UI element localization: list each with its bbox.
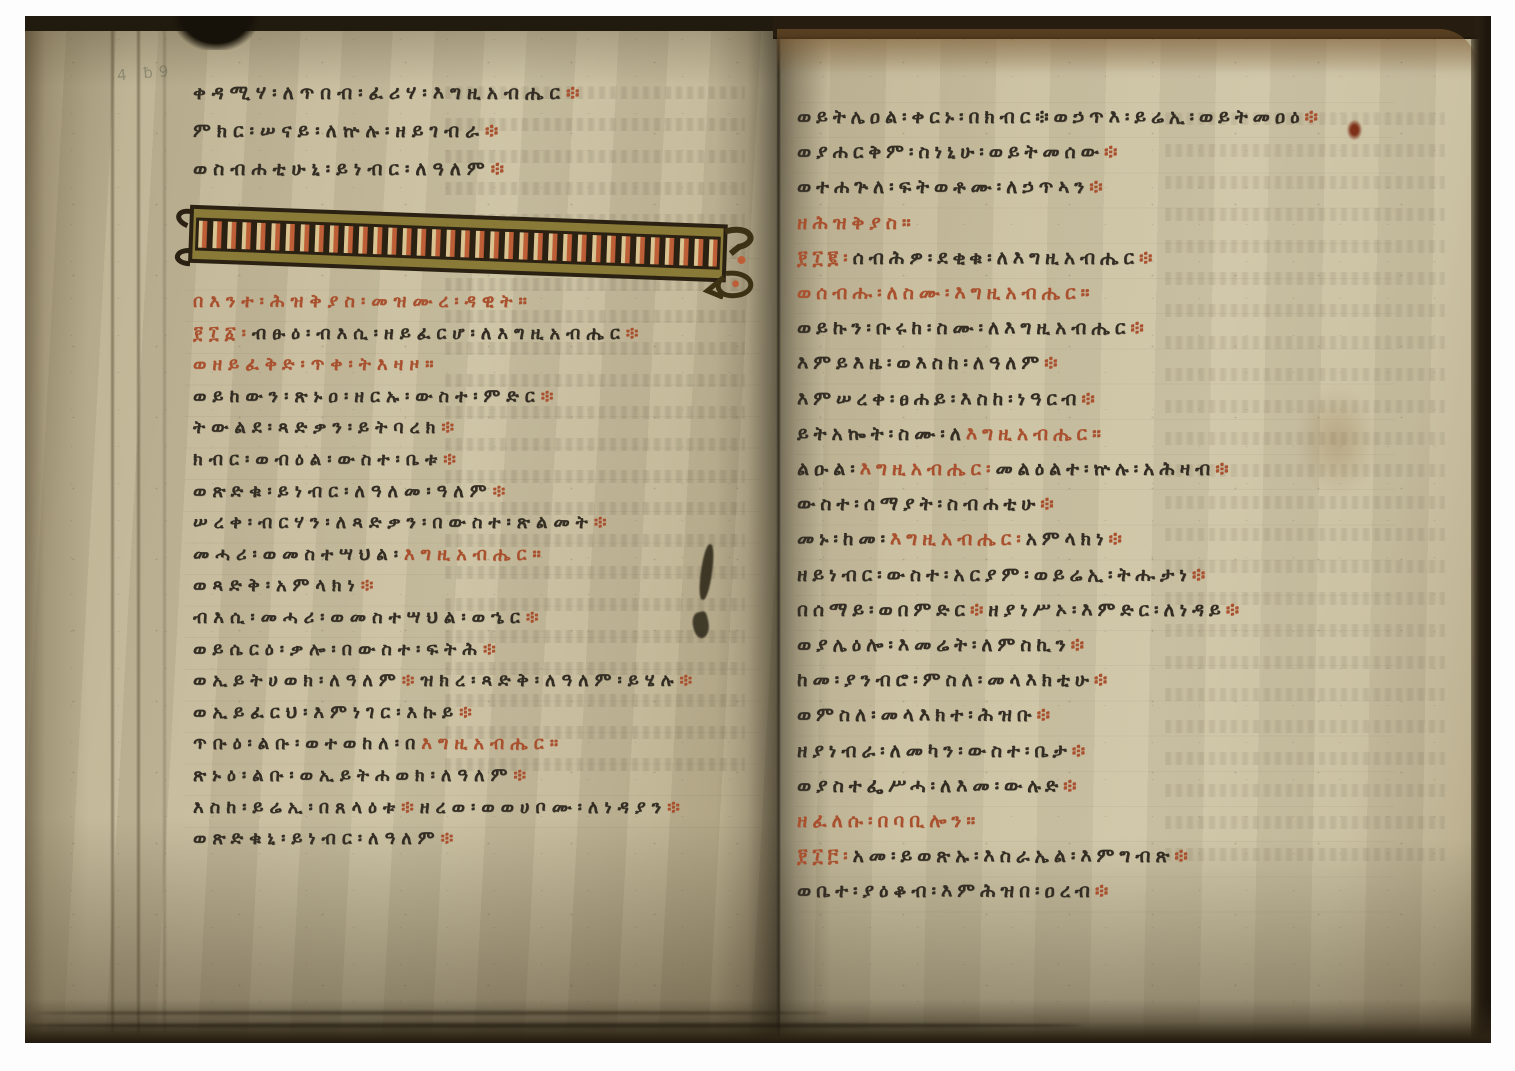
text-segment: ወያሌዕሎ፡እመሬት፡ለምስኪን xyxy=(797,634,1071,656)
manuscript-line: ወያሌዕሎ፡እመሬት፡ለምስኪን፨ xyxy=(797,628,1437,663)
text-segment: ወኢይፈርህ፡እምነገር፡እኩይ xyxy=(193,702,459,723)
text-segment: ወስብሐቲሁኒ፡ይነብር፡ለዓለም xyxy=(193,158,491,180)
rubric-segment: ፨ xyxy=(1304,106,1322,128)
rubric-segment: ፨ xyxy=(493,481,512,502)
text-segment: ዘያነሥኦ፡እምድር፡ለነዳይ xyxy=(988,599,1225,621)
manuscript-line: መኑ፡ከመ፡እግዚአብሔር፡አምላክነ፨ xyxy=(797,522,1437,557)
manuscript-line: ፻፲፩፡ብፁዕ፡ብእሲ፡ዘይፈርሆ፡ለእግዚአብሔር፨ xyxy=(193,318,783,350)
rubric-segment: ፻፲፪፡ xyxy=(797,247,853,269)
parchment-stain xyxy=(1297,386,1377,496)
text-segment: ወኢይትሀወክ፡ለዓለም xyxy=(193,670,402,691)
text-segment: ምክር፡ሠናይ፡ለኵሉ፡ዘይገብራ xyxy=(193,120,485,142)
manuscript-line: ወጽድቁ፡ይነብር፡ለዓለመ፡ዓለም፨ xyxy=(193,476,783,508)
rubric-segment: ፨ xyxy=(1104,141,1122,163)
manuscript-line: ክብር፡ወብዕል፡ውስተ፡ቤቱ፨ xyxy=(193,444,783,476)
rubric-segment: ወዘይፈቅድ፡ጥቀ፡ትእዛዞ። xyxy=(193,354,440,375)
rubric-segment: ፨ xyxy=(626,323,645,344)
text-segment: ዘይነብር፡ውስተ፡አርያም፡ወይሬኢ፡ትሑታነ xyxy=(797,564,1192,586)
manuscript-line: መሓሪ፡ወመስተሣህል፡እግዚአብሔር። xyxy=(193,539,783,571)
manuscript-line: ዘያነብራ፡ለመካን፡ውስተ፡ቤታ፨ xyxy=(797,734,1437,769)
rubric-segment: እግዚአብሔር፡ xyxy=(890,528,1026,550)
manuscript-line: ሠረቀ፡ብርሃን፡ለጻድቃን፡በውስተ፡ጽልመት፨ xyxy=(193,507,783,539)
text-segment: ሠረቀ፡ብርሃን፡ለጻድቃን፡በውስተ፡ጽልመት xyxy=(193,512,594,533)
manuscript-line: ዘፈለሱ፡በባቢሎን። xyxy=(797,804,1437,839)
text-segment: ይትአኰት፡ስሙ፡ለ xyxy=(797,423,966,445)
text-segment: ብፁዕ፡ብእሲ፡ዘይፈርሆ፡ለእግዚአብሔር xyxy=(252,323,626,344)
rubric-segment: ፨ xyxy=(1094,669,1112,691)
text-segment: ዘረወ፡ወወሀቦሙ፡ለነዳያን xyxy=(420,797,667,818)
rubric-segment: ፨ xyxy=(566,82,585,104)
text-segment: መልዕልተ፡ኵሉ፡አሕዛብ xyxy=(996,458,1216,480)
left-page-text-top: ቀዳሚሃ፡ለጥበብ፡ፈሪሃ፡እግዚአብሔር፨ምክር፡ሠናይ፡ለኵሉ፡ዘይገብራ፨… xyxy=(193,74,783,188)
text-segment: ሰብሕዎ፡ደቂቁ፡ለእግዚአብሔር xyxy=(853,247,1139,269)
manuscript-line: እምይእዜ፡ወእስከ፡ለዓለም፨ xyxy=(797,346,1437,381)
manuscript-line: ጥቡዕ፡ልቡ፡ወተወከለ፡በእግዚአብሔር። xyxy=(193,728,783,760)
rubric-segment: ዘሕዝቅያስ። xyxy=(797,212,916,234)
rubric-segment: ፨ xyxy=(443,449,462,470)
rubric-segment: ፨ xyxy=(1226,599,1244,621)
rubric-segment: ፨ xyxy=(680,670,699,691)
band-right-flourish-top xyxy=(725,229,751,254)
ornamental-band xyxy=(167,193,762,301)
manuscript-line: በሰማይ፡ወበምድር፨ዘያነሥኦ፡እምድር፡ለነዳይ፨ xyxy=(797,593,1437,628)
manuscript-line: ወቤተ፡ያዕቆብ፡እምሕዝበ፡ዐረብ፨ xyxy=(797,874,1437,909)
text-segment: ወይትሌዐል፡ቀርኑ፡በክብር፨ወኃጥእ፡ይሬኢ፡ወይትመዐዕ xyxy=(797,106,1304,128)
text-segment: በሰማይ፡ወበምድር xyxy=(797,599,970,621)
manuscript-line: ዘሕዝቅያስ። xyxy=(797,206,1437,241)
text-segment: ጥቡዕ፡ልቡ፡ወተወከለ፡በ xyxy=(193,733,421,754)
text-segment: ወይከውን፡ጽኑዐ፡ዘርኡ፡ውስተ፡ምድር xyxy=(193,386,541,407)
rubric-segment: ወሰብሑ፡ለስሙ፡እግዚአብሔር። xyxy=(797,282,1094,304)
rubric-segment: ፻፲፫፡ xyxy=(797,845,853,867)
text-segment: ወጽድቁ፡ይነብር፡ለዓለመ፡ዓለም xyxy=(193,481,493,502)
manuscript-line: ወይከውን፡ጽኑዐ፡ዘርኡ፡ውስተ፡ምድር፨ xyxy=(193,381,783,413)
text-segment: እስከ፡ይሬኢ፡በጸላዕቱ xyxy=(193,797,401,818)
dark-blob-top-left xyxy=(173,16,259,50)
manuscript-line: ወስብሐቲሁኒ፡ይነብር፡ለዓለም፨ xyxy=(193,150,783,188)
rubric-segment: ፨ xyxy=(541,386,560,407)
text-segment: ብእሲ፡መሓሪ፡ወመስተሣህል፡ወኄር xyxy=(193,607,526,628)
manuscript-line: ወጻድቅ፡አምላክነ፨ xyxy=(193,570,783,602)
manuscript-line: ወሰብሑ፡ለስሙ፡እግዚአብሔር። xyxy=(797,276,1437,311)
text-segment: እምሠረቀ፡ፀሐይ፡እስከ፡ነዓርብ xyxy=(797,388,1081,410)
text-segment: ትውልደ፡ጻድቃን፡ይትባረክ xyxy=(193,417,441,438)
band-red-dot xyxy=(732,280,739,287)
fold-line xyxy=(137,22,140,1033)
manuscript-line: ምክር፡ሠናይ፡ለኵሉ፡ዘይገብራ፨ xyxy=(193,112,783,150)
rubric-segment: ፨ xyxy=(513,765,532,786)
manuscript-line: ወይኩን፡ቡሩከ፡ስሙ፡ለእግዚአብሔር፨ xyxy=(797,311,1437,346)
rubric-segment: ፨ xyxy=(491,158,510,180)
text-segment: ወተሐጕለ፡ፍትወቶሙ፡ለኃጥኣን xyxy=(797,176,1089,198)
rubric-segment: ፨ xyxy=(1089,176,1107,198)
book-bottom-edge xyxy=(25,999,1491,1043)
text-segment: ውስተ፡ሰማያት፡ስብሐቲሁ xyxy=(797,493,1040,515)
rubric-segment: ፨ xyxy=(667,797,686,818)
rubric-segment: ፨ xyxy=(1040,493,1058,515)
text-segment: አመ፡ይወጽኡ፡እስራኤል፡እምግብጽ xyxy=(853,845,1175,867)
manuscript-line: ወጽድቁኒ፡ይነብር፡ለዓለም፨ xyxy=(193,823,783,855)
rubric-segment: ፨ xyxy=(1109,528,1127,550)
rubric-segment: ፨ xyxy=(483,639,502,660)
manuscript-line: ወያሐርቅም፡ስነኒሁ፡ወይትመሰው፨ xyxy=(797,135,1437,170)
text-segment: እምይእዜ፡ወእስከ፡ለዓለም xyxy=(797,352,1044,374)
manuscript-line: ወተሐጕለ፡ፍትወቶሙ፡ለኃጥኣን፨ xyxy=(797,170,1437,205)
text-segment: ዝክረ፡ጻድቅ፡ለዓለም፡ይሄሉ xyxy=(420,670,679,691)
text-segment: ወይኩን፡ቡሩከ፡ስሙ፡ለእግዚአብሔር xyxy=(797,317,1130,339)
rubric-segment: ፨ xyxy=(1037,704,1055,726)
rubric-segment: ዘፈለሱ፡በባቢሎን። xyxy=(797,810,980,832)
manuscript-line: ወኢይፈርህ፡እምነገር፡እኩይ፨ xyxy=(193,697,783,729)
rubric-segment: ፨ xyxy=(1063,775,1081,797)
manuscript-line: ከመ፡ያንብሮ፡ምስለ፡መላእክቲሁ፨ xyxy=(797,663,1437,698)
rubric-segment: እግዚአብሔር። xyxy=(966,423,1106,445)
manuscript-line: ቀዳሚሃ፡ለጥበብ፡ፈሪሃ፡እግዚአብሔር፨ xyxy=(193,74,783,112)
text-segment: ቀዳሚሃ፡ለጥበብ፡ፈሪሃ፡እግዚአብሔር xyxy=(193,82,566,104)
rubric-segment: ፨ xyxy=(441,828,460,849)
rubric-segment: ፨ xyxy=(1130,317,1148,339)
text-segment: ወጽድቁኒ፡ይነብር፡ለዓለም xyxy=(193,828,441,849)
rubric-segment: በእንተ፡ሕዝቅያስ፡መዝሙረ፡ዳዊት። xyxy=(193,291,533,312)
text-segment: ዘያነብራ፡ለመካን፡ውስተ፡ቤታ xyxy=(797,740,1072,762)
rubric-segment: ፨ xyxy=(1081,388,1099,410)
manuscript-line: ወይትሌዐል፡ቀርኑ፡በክብር፨ወኃጥእ፡ይሬኢ፡ወይትመዐዕ፨ xyxy=(797,100,1437,135)
fold-line xyxy=(111,22,114,1033)
text-segment: ልዑል፡ xyxy=(797,458,860,480)
rubric-segment: ፻፲፩፡ xyxy=(193,323,252,344)
text-segment: ወያሐርቅም፡ስነኒሁ፡ወይትመሰው xyxy=(797,141,1104,163)
rubric-segment: ፨ xyxy=(401,797,420,818)
text-segment: መሓሪ፡ወመስተሣህል፡ xyxy=(193,544,404,565)
rubric-segment: ፨ xyxy=(594,512,613,533)
bottom-streak xyxy=(35,1011,827,1015)
manuscript-line: ዘይነብር፡ውስተ፡አርያም፡ወይሬኢ፡ትሑታነ፨ xyxy=(797,558,1437,593)
rubric-segment: ፨ xyxy=(1095,880,1113,902)
fold-line xyxy=(163,22,166,1033)
text-segment: አምላክነ xyxy=(1026,528,1109,550)
text-segment: ወምስለ፡መላእክተ፡ሕዝቡ xyxy=(797,704,1037,726)
text-segment: ከመ፡ያንብሮ፡ምስለ፡መላእክቲሁ xyxy=(797,669,1094,691)
rubric-segment: ፨ xyxy=(1139,247,1157,269)
rubric-segment: ፨ xyxy=(441,417,460,438)
rubric-segment: ፨ xyxy=(1072,740,1090,762)
manuscript-line: ወምስለ፡መላእክተ፡ሕዝቡ፨ xyxy=(797,698,1437,733)
rubric-segment: ፨ xyxy=(402,670,421,691)
stain-top-right xyxy=(777,29,1477,73)
text-segment: ወቤተ፡ያዕቆብ፡እምሕዝበ፡ዐረብ xyxy=(797,880,1095,902)
left-page-text: ቀዳሚሃ፡ለጥበብ፡ፈሪሃ፡እግዚአብሔር፨ምክር፡ሠናይ፡ለኵሉ፡ዘይገብራ፨… xyxy=(193,74,783,855)
rubric-segment: ፨ xyxy=(526,607,545,628)
rubric-segment: ፨ xyxy=(1071,634,1089,656)
rubric-segment: ፨ xyxy=(361,575,380,596)
rubric-segment: ፨ xyxy=(1044,352,1062,374)
manuscript-line: እስከ፡ይሬኢ፡በጸላዕቱ፨ዘረወ፡ወወሀቦሙ፡ለነዳያን፨ xyxy=(193,792,783,824)
text-segment: ጽኑዕ፡ልቡ፡ወኢይትሐወክ፡ለዓለም xyxy=(193,765,513,786)
manuscript-line: ወኢይትሀወክ፡ለዓለም፨ዝክረ፡ጻድቅ፡ለዓለም፡ይሄሉ፨ xyxy=(193,665,783,697)
manuscript-photo: ቀዳሚሃ፡ለጥበብ፡ፈሪሃ፡እግዚአብሔር፨ምክር፡ሠናይ፡ለኵሉ፡ዘይገብራ፨… xyxy=(25,16,1491,1043)
band-red-dot xyxy=(737,256,745,264)
manuscript-line: ፻፲፫፡አመ፡ይወጽኡ፡እስራኤል፡እምግብጽ፨ xyxy=(797,839,1437,874)
text-segment: ወይሴርዕ፡ቃሎ፡በውስተ፡ፍትሕ xyxy=(193,639,483,660)
rubric-segment: ፨ xyxy=(485,120,504,142)
manuscript-line: ፻፲፪፡ሰብሕዎ፡ደቂቁ፡ለእግዚአብሔር፨ xyxy=(797,241,1437,276)
book-right-edge xyxy=(1471,16,1491,1043)
rubric-segment: ፨ xyxy=(1174,845,1192,867)
red-ink-spot xyxy=(1347,120,1362,140)
rubric-segment: ፨ xyxy=(970,599,988,621)
screenshot: ቀዳሚሃ፡ለጥበብ፡ፈሪሃ፡እግዚአብሔር፨ምክር፡ሠናይ፡ለኵሉ፡ዘይገብራ፨… xyxy=(0,0,1515,1071)
text-segment: ወያስተፌሥሓ፡ለእመ፡ውሉድ xyxy=(797,775,1063,797)
rubric-segment: እግዚአብሔር፡ xyxy=(860,458,996,480)
left-page-text-lower: በእንተ፡ሕዝቅያስ፡መዝሙረ፡ዳዊት።፻፲፩፡ብፁዕ፡ብእሲ፡ዘይፈርሆ፡ለእ… xyxy=(193,286,783,855)
text-segment: ወጻድቅ፡አምላክነ xyxy=(193,575,361,596)
rubric-segment: ፨ xyxy=(1192,564,1210,586)
rubric-segment: እግዚአብሔር። xyxy=(404,544,547,565)
rubric-segment: እግዚአብሔር። xyxy=(421,733,564,754)
manuscript-line: ትውልደ፡ጻድቃን፡ይትባረክ፨ xyxy=(193,412,783,444)
text-segment: መኑ፡ከመ፡ xyxy=(797,528,890,550)
bottom-streak xyxy=(25,1023,1081,1028)
manuscript-line: ጽኑዕ፡ልቡ፡ወኢይትሐወክ፡ለዓለም፨ xyxy=(193,760,783,792)
manuscript-line: ወይሴርዕ፡ቃሎ፡በውስተ፡ፍትሕ፨ xyxy=(193,634,783,666)
rubric-segment: ፨ xyxy=(1215,458,1233,480)
manuscript-line: ወያስተፌሥሓ፡ለእመ፡ውሉድ፨ xyxy=(797,769,1437,804)
text-segment: ክብር፡ወብዕል፡ውስተ፡ቤቱ xyxy=(193,449,443,470)
manuscript-line: ወዘይፈቅድ፡ጥቀ፡ትእዛዞ። xyxy=(193,349,783,381)
right-page-text: ወይትሌዐል፡ቀርኑ፡በክብር፨ወኃጥእ፡ይሬኢ፡ወይትመዐዕ፨ወያሐርቅም፡ስ… xyxy=(797,100,1437,910)
rubric-segment: ፨ xyxy=(459,702,478,723)
